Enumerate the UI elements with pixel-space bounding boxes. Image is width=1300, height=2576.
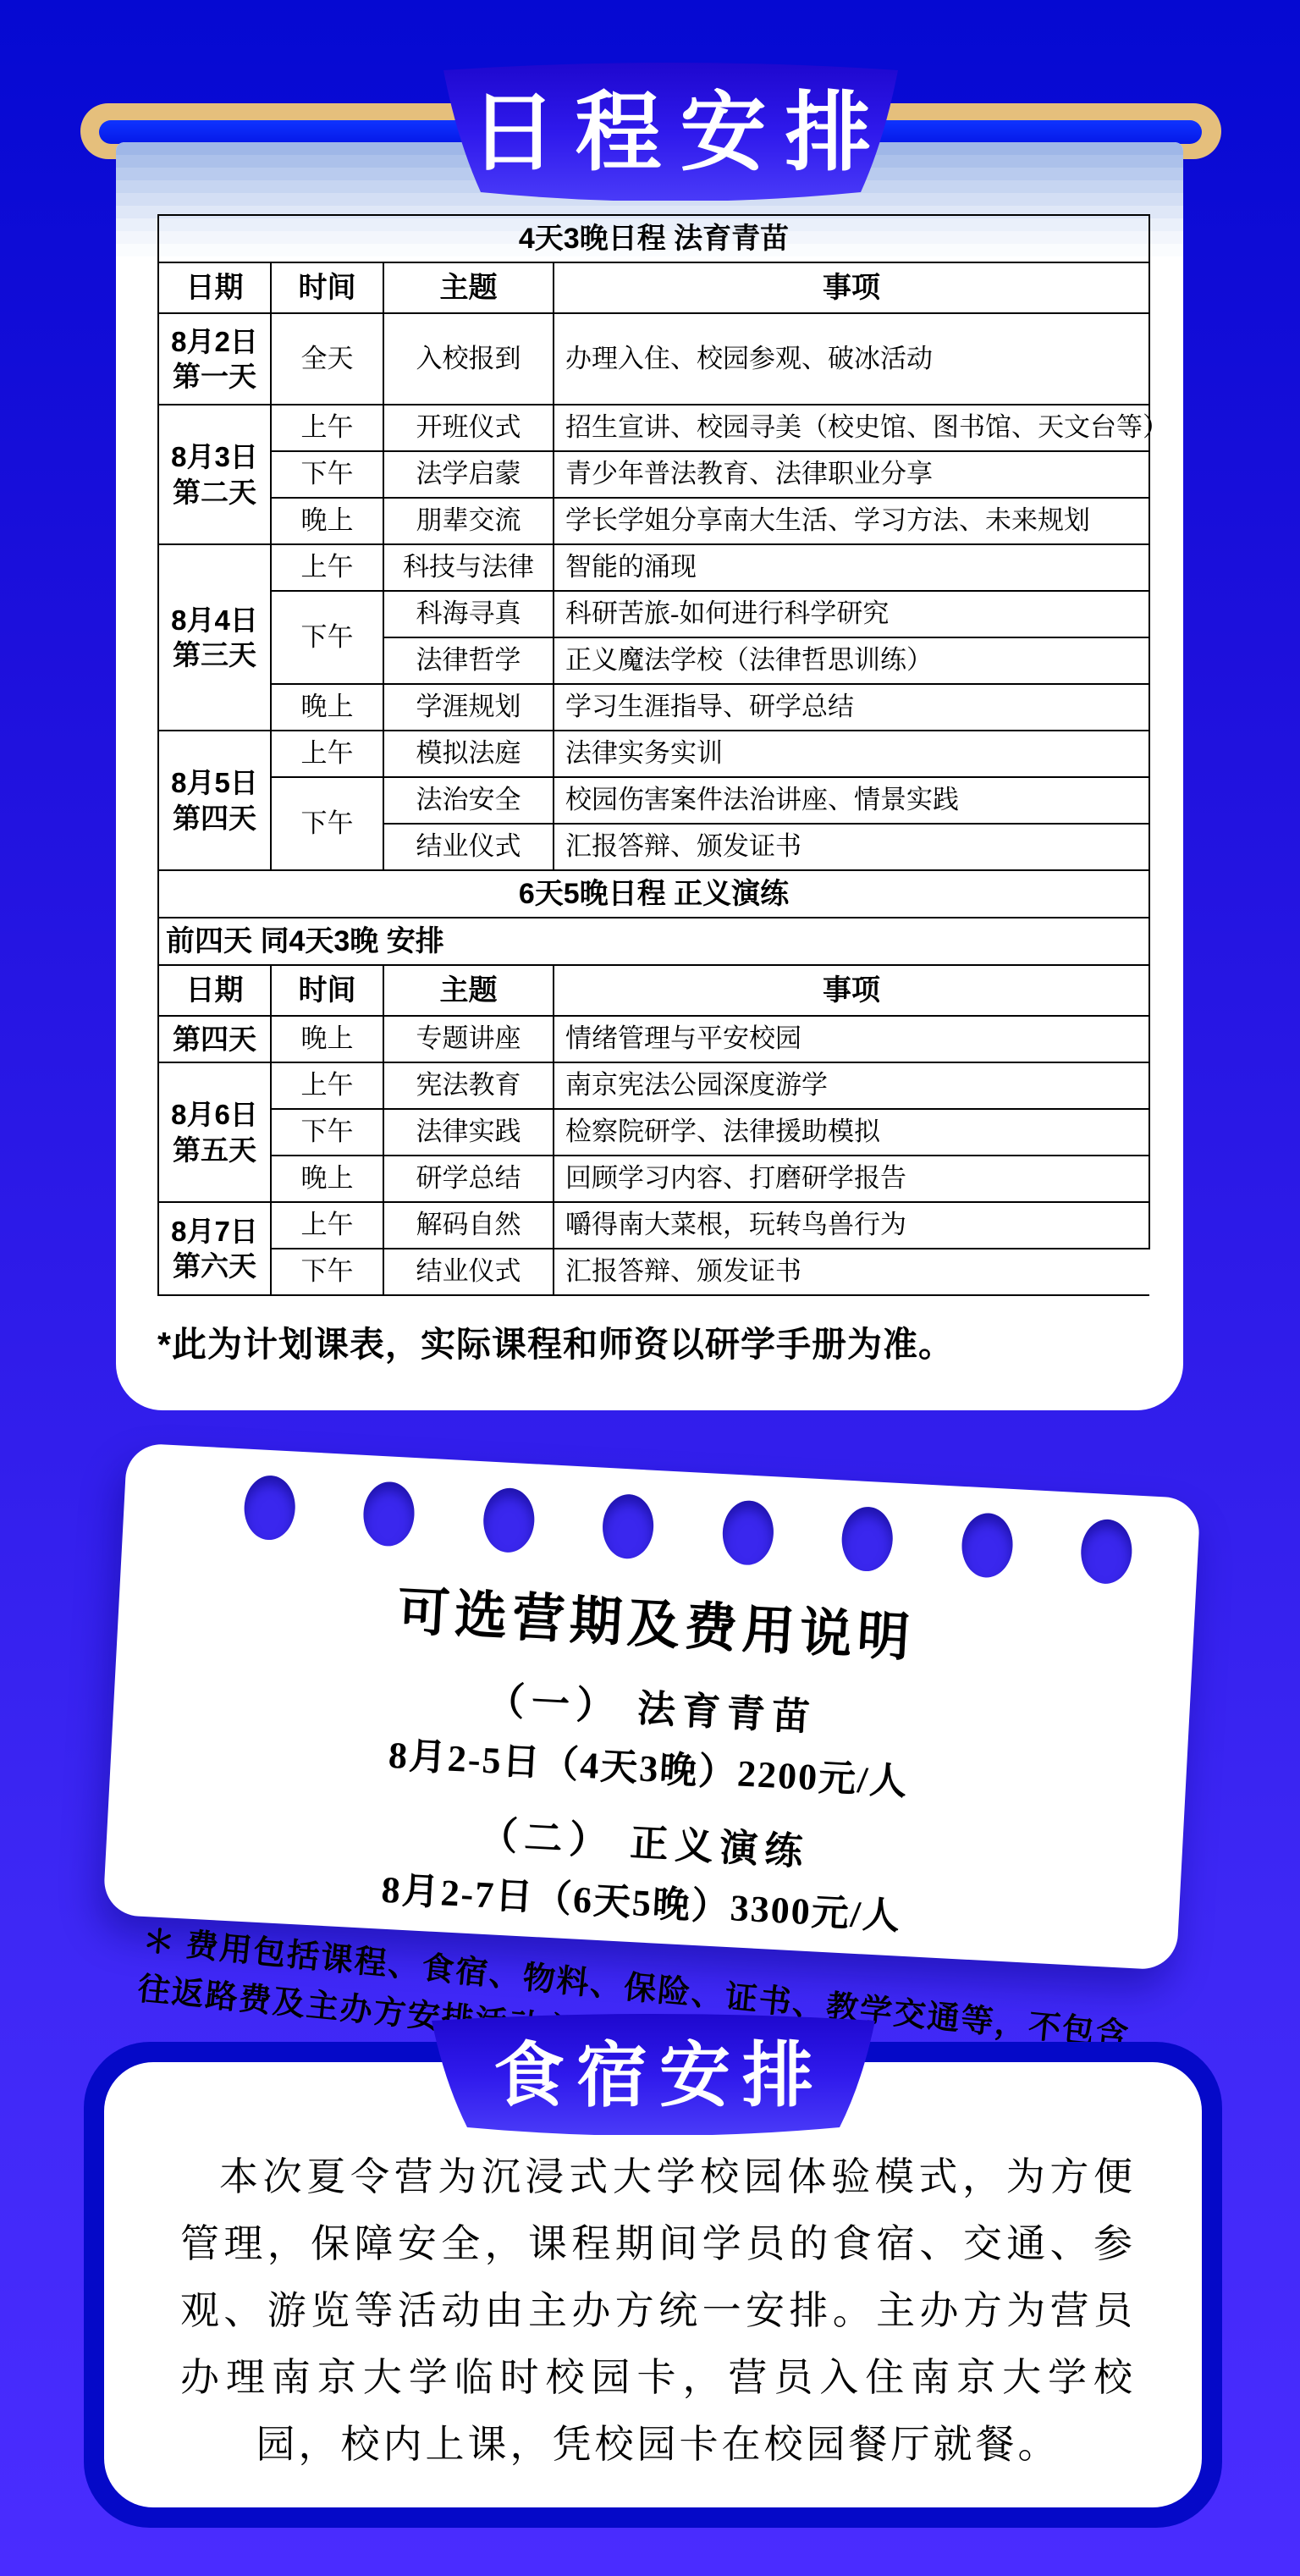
schedule-cell-topic: 结业仪式 xyxy=(383,824,554,870)
schedule-cell-date: 8月7日 第六天 xyxy=(158,1202,271,1295)
schedule-cell-item: 校园伤害案件法治讲座、情景实践 xyxy=(554,777,1149,824)
schedule-cell-time: 上午 xyxy=(271,731,383,777)
column-header: 时间 xyxy=(271,965,383,1016)
schedule-cell-date: 8月5日 第四天 xyxy=(158,731,271,870)
schedule-cell-item: 检察院研学、法律援助模拟 xyxy=(554,1109,1149,1156)
column-header: 日期 xyxy=(158,965,271,1016)
paper-hole xyxy=(1079,1518,1133,1585)
schedule-cell-time: 上午 xyxy=(271,1062,383,1109)
accommodation-banner: 食宿安排 xyxy=(428,2013,879,2135)
schedule-cell-time: 晚上 xyxy=(271,498,383,544)
schedule-cell-time: 下午 xyxy=(271,1249,383,1295)
schedule-banner-title: 日程安排 xyxy=(440,64,901,188)
column-header: 事项 xyxy=(554,965,1149,1016)
paper-hole xyxy=(721,1499,775,1566)
schedule-cell-time: 下午 xyxy=(271,591,383,684)
table-section-header: 6天5晚日程 正义演练 xyxy=(158,870,1149,918)
paper-hole xyxy=(362,1481,416,1547)
schedule-cell-time: 晚上 xyxy=(271,1016,383,1062)
table-section-header: 4天3晚日程 法育青苗 xyxy=(158,215,1149,262)
accommodation-banner-title: 食宿安排 xyxy=(428,2019,879,2121)
schedule-cell-topic: 学涯规划 xyxy=(383,684,554,731)
schedule-cell-topic: 入校报到 xyxy=(383,313,554,405)
schedule-cell-item: 南京宪法公园深度游学 xyxy=(554,1062,1149,1109)
schedule-cell-date: 8月3日 第二天 xyxy=(158,405,271,544)
schedule-cell-topic: 结业仪式 xyxy=(383,1249,554,1295)
schedule-cell-time: 下午 xyxy=(271,451,383,498)
schedule-cell-date: 第四天 xyxy=(158,1016,271,1062)
schedule-table: 4天3晚日程 法育青苗日期时间主题事项8月2日 第一天全天入校报到办理入住、校园… xyxy=(157,214,1150,1296)
schedule-cell-time: 晚上 xyxy=(271,1156,383,1202)
schedule-cell-item: 嚼得南大菜根，玩转鸟兽行为 xyxy=(554,1202,1149,1249)
schedule-cell-topic: 法治安全 xyxy=(383,777,554,824)
schedule-cell-topic: 朋辈交流 xyxy=(383,498,554,544)
table-span-note: 前四天 同4天3晚 安排 xyxy=(158,918,1149,965)
paper-hole xyxy=(601,1493,655,1560)
schedule-cell-topic: 法律哲学 xyxy=(383,637,554,684)
schedule-cell-date: 8月4日 第三天 xyxy=(158,544,271,731)
schedule-cell-topic: 研学总结 xyxy=(383,1156,554,1202)
schedule-cell-time: 下午 xyxy=(271,777,383,870)
schedule-cell-item: 法律实务实训 xyxy=(554,731,1149,777)
schedule-cell-time: 全天 xyxy=(271,313,383,405)
column-header: 时间 xyxy=(271,262,383,313)
schedule-cell-item: 科研苦旅-如何进行科学研究 xyxy=(554,591,1149,637)
schedule-cell-item: 办理入住、校园参观、破冰活动 xyxy=(554,313,1149,405)
schedule-cell-time: 上午 xyxy=(271,1202,383,1249)
schedule-banner: 日程安排 xyxy=(440,62,901,201)
paper-hole xyxy=(243,1475,297,1542)
schedule-cell-topic: 宪法教育 xyxy=(383,1062,554,1109)
schedule-cell-item: 智能的涌现 xyxy=(554,544,1149,591)
schedule-cell-item: 正义魔法学校（法律哲思训练） xyxy=(554,637,1149,684)
schedule-cell-item: 学长学姐分享南大生活、学习方法、未来规划 xyxy=(554,498,1149,544)
schedule-cell-item: 回顾学习内容、打磨研学报告 xyxy=(554,1156,1149,1202)
schedule-cell-topic: 法律实践 xyxy=(383,1109,554,1156)
schedule-disclaimer: *此为计划课表，实际课程和师资以研学手册为准。 xyxy=(157,1316,1183,1366)
schedule-cell-topic: 科技与法律 xyxy=(383,544,554,591)
paper-hole xyxy=(960,1512,1014,1579)
schedule-cell-item: 学习生涯指导、研学总结 xyxy=(554,684,1149,731)
schedule-card: 4天3晚日程 法育青苗日期时间主题事项8月2日 第一天全天入校报到办理入住、校园… xyxy=(116,142,1183,1410)
schedule-cell-topic: 开班仪式 xyxy=(383,405,554,451)
schedule-cell-topic: 科海寻真 xyxy=(383,591,554,637)
schedule-cell-topic: 专题讲座 xyxy=(383,1016,554,1062)
schedule-cell-topic: 模拟法庭 xyxy=(383,731,554,777)
summer-camp-poster: 4天3晚日程 法育青苗日期时间主题事项8月2日 第一天全天入校报到办理入住、校园… xyxy=(0,0,1300,2576)
schedule-cell-time: 下午 xyxy=(271,1109,383,1156)
schedule-cell-topic: 解码自然 xyxy=(383,1202,554,1249)
schedule-cell-item: 青少年普法教育、法律职业分享 xyxy=(554,451,1149,498)
column-header: 日期 xyxy=(158,262,271,313)
schedule-cell-item: 汇报答辩、颁发证书 xyxy=(554,824,1149,870)
schedule-cell-date: 8月6日 第五天 xyxy=(158,1062,271,1202)
schedule-cell-item: 招生宣讲、校园寻美（校史馆、图书馆、天文台等） xyxy=(554,405,1149,451)
schedule-cell-date: 8月2日 第一天 xyxy=(158,313,271,405)
schedule-cell-time: 上午 xyxy=(271,544,383,591)
column-header: 主题 xyxy=(383,965,554,1016)
schedule-cell-item: 汇报答辩、颁发证书 xyxy=(554,1249,1149,1295)
paper-hole xyxy=(482,1487,536,1553)
schedule-cell-topic: 法学启蒙 xyxy=(383,451,554,498)
column-header: 主题 xyxy=(383,262,554,313)
column-header: 事项 xyxy=(554,262,1149,313)
schedule-cell-time: 晚上 xyxy=(271,684,383,731)
paper-hole xyxy=(840,1506,895,1573)
schedule-cell-item: 情绪管理与平安校园 xyxy=(554,1016,1149,1062)
schedule-cell-time: 上午 xyxy=(271,405,383,451)
pricing-paper: 可选营期及费用说明 （一） 法育青苗 8月2-5日（4天3晚）2200元/人 （… xyxy=(102,1442,1200,1971)
